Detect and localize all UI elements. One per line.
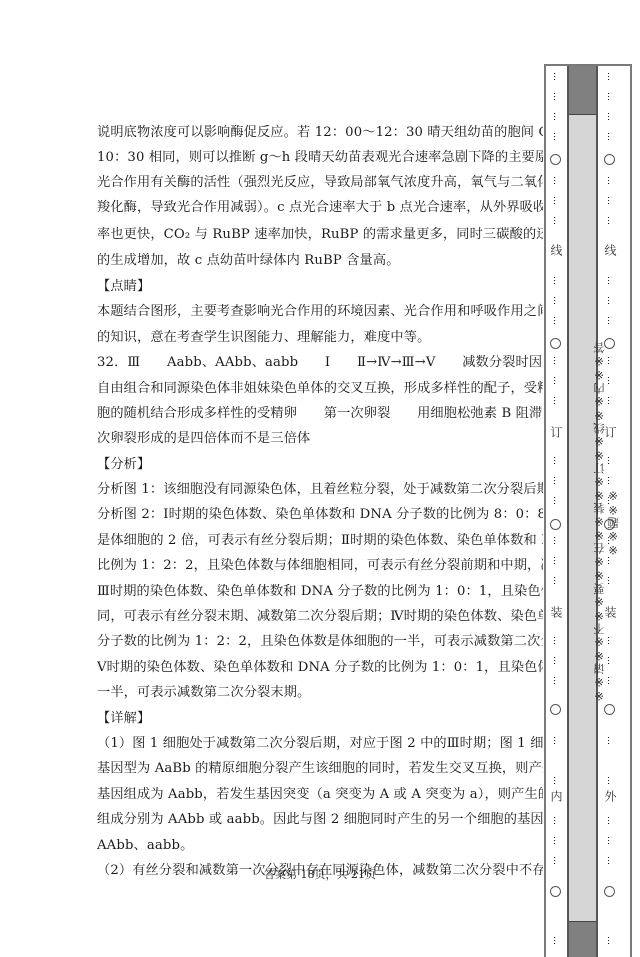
- text-line: Ⅴ时期的染色体数、染色单体数和 DNA 分子数的比例为 1：0：1，且染色体数是…: [97, 658, 543, 678]
- binding-label-middle: 订: [551, 426, 561, 438]
- dotted-cut-line-icon: …: [605, 736, 615, 744]
- dotted-cut-line-icon: …: [551, 676, 561, 684]
- binding-left-column: …………………………………………………………………………线订装内: [546, 66, 566, 957]
- binding-hole-marker: [546, 704, 566, 715]
- dotted-cut-line-icon: …: [605, 112, 615, 120]
- dotted-cut-line-icon: …: [605, 476, 615, 484]
- dotted-cut-line-icon: …: [551, 556, 561, 564]
- cut-line-dots: …: [546, 936, 566, 947]
- circle-marker-icon: [604, 704, 615, 715]
- binding-hole-marker: [600, 704, 620, 715]
- cut-line-dots: …: [600, 196, 620, 207]
- dotted-cut-line-icon: …: [605, 836, 615, 844]
- dotted-cut-line-icon: …: [551, 656, 561, 664]
- cut-line-dots: …: [600, 72, 620, 83]
- dotted-cut-line-icon: …: [551, 576, 561, 584]
- text-line: （1）图 1 细胞处于减数第二次分裂后期，对应于图 2 中的Ⅲ时期；图 1 细胞…: [97, 734, 543, 754]
- cut-line-dots: …: [546, 816, 566, 827]
- cut-line-dots: …: [546, 72, 566, 83]
- answer-document-body: 说明底物浓度可以影响酶促反应。若 12：00～12：30 晴天组幼苗的胞间 CO…: [97, 123, 543, 883]
- dotted-cut-line-icon: …: [551, 296, 561, 304]
- dotted-cut-line-icon: …: [551, 476, 561, 484]
- binding-hole-marker: [600, 886, 620, 897]
- cut-line-dots: …: [546, 296, 566, 307]
- text-line: 次卵裂形成的是四倍体而不是三倍体: [97, 429, 310, 449]
- binding-hole-marker: [546, 519, 566, 530]
- circle-marker-icon: [550, 704, 561, 715]
- dotted-cut-line-icon: …: [605, 276, 615, 284]
- cut-line-dots: …: [546, 576, 566, 587]
- dotted-cut-line-icon: …: [551, 936, 561, 944]
- dotted-cut-line-icon: …: [605, 296, 615, 304]
- dotted-cut-line-icon: …: [551, 196, 561, 204]
- text-line: 10：30 相同，则可以推断 g～h 段晴天幼苗表观光合速率急剧下降的主要原因是…: [97, 148, 543, 168]
- text-line: 分子数的比例为 1：2：2，且染色体数是体细胞的一半，可表示减数第二次分裂前期和…: [97, 632, 543, 652]
- text-line: 羧化酶，导致光合作用减弱）。c 点光合速率大于 b 点光合速率，从外界吸收二氧化…: [97, 198, 543, 218]
- text-line: 光合作用有关酶的活性（强烈光反应，导致局部氧气浓度升高，氧气与二氧化碳竞争 RU…: [97, 173, 543, 193]
- dotted-cut-line-icon: …: [551, 376, 561, 384]
- binding-hole-marker: [546, 886, 566, 897]
- cut-line-dots: …: [546, 396, 566, 407]
- cut-line-dots: …: [546, 92, 566, 103]
- binding-label-top: 线: [605, 244, 615, 256]
- text-line: 比例为 1：2：2，且染色体数与体细胞相同，可表示有丝分裂前期和中期，减数第一次…: [97, 556, 543, 576]
- dotted-cut-line-icon: …: [551, 276, 561, 284]
- dotted-cut-line-icon: …: [551, 776, 561, 784]
- binding-label-top: 线: [551, 244, 561, 256]
- text-line: 是体细胞的 2 倍，可表示有丝分裂后期；Ⅱ时期的染色体数、染色单体数和 DNA …: [97, 531, 543, 551]
- cut-line-dots: …: [600, 316, 620, 327]
- dotted-cut-line-icon: …: [551, 132, 561, 140]
- binding-hole-marker: [600, 154, 620, 165]
- text-line: AAbb、aabb。: [97, 836, 193, 856]
- cut-line-dots: …: [546, 556, 566, 567]
- cut-line-dots: …: [546, 636, 566, 647]
- dotted-cut-line-icon: …: [551, 216, 561, 224]
- dotted-cut-line-icon: …: [551, 636, 561, 644]
- cut-line-dots: …: [600, 132, 620, 143]
- cut-line-dots: …: [546, 476, 566, 487]
- dotted-cut-line-icon: …: [605, 936, 615, 944]
- cut-line-dots: …: [546, 836, 566, 847]
- cut-line-dots: …: [546, 216, 566, 227]
- circle-marker-icon: [550, 154, 561, 165]
- dotted-cut-line-icon: …: [605, 356, 615, 364]
- binding-label: 线: [546, 244, 566, 259]
- dotted-cut-line-icon: …: [551, 112, 561, 120]
- dotted-cut-line-icon: …: [551, 92, 561, 100]
- dotted-cut-line-icon: …: [551, 836, 561, 844]
- text-line: 说明底物浓度可以影响酶促反应。若 12：00～12：30 晴天组幼苗的胞间 CO…: [97, 123, 543, 143]
- dotted-cut-line-icon: …: [605, 92, 615, 100]
- text-line: 基因型为 AaBb 的精原细胞分裂产生该细胞的同时，若发生交叉互换，则产生的另一…: [97, 759, 543, 779]
- binding-hole-marker: [546, 154, 566, 165]
- dotted-cut-line-icon: …: [605, 176, 615, 184]
- dotted-cut-line-icon: …: [605, 396, 615, 404]
- text-line: 的知识，意在考查学生识图能力、理解能力，难度中等。: [97, 328, 430, 348]
- circle-marker-icon: [604, 886, 615, 897]
- binding-warning-text: ※※请※※不※※要※※在※※装※※订※※线※※内※※答※※题※※: [592, 340, 606, 705]
- cut-line-dots: …: [546, 356, 566, 367]
- dotted-cut-line-icon: …: [605, 72, 615, 80]
- cut-line-dots: …: [600, 856, 620, 867]
- cut-line-dots: …: [600, 216, 620, 227]
- cut-line-dots: …: [546, 856, 566, 867]
- cut-line-dots: …: [546, 736, 566, 747]
- binding-label-lower: 装: [605, 606, 615, 618]
- cut-line-dots: …: [546, 316, 566, 327]
- text-line: 一半，可表示减数第二次分裂末期。: [97, 683, 310, 703]
- text-line: 组成分别为 AAbb 或 aabb。因此与图 2 细胞同时产生的另一个细胞的基因…: [97, 810, 543, 830]
- dotted-cut-line-icon: …: [551, 816, 561, 824]
- cut-line-dots: …: [600, 112, 620, 123]
- cut-line-dots: …: [600, 176, 620, 187]
- binding-hole-marker: [546, 338, 566, 349]
- dotted-cut-line-icon: …: [551, 176, 561, 184]
- text-line: 【详解】: [97, 709, 150, 729]
- cut-line-dots: …: [546, 496, 566, 507]
- binding-label: 内: [546, 790, 566, 805]
- cut-line-dots: …: [600, 296, 620, 307]
- binding-label-bottom: 内: [551, 790, 561, 802]
- text-line: 的生成增加，故 c 点幼苗叶绿体内 RuBP 含量高。: [97, 251, 400, 271]
- text-line: 分析图 2：Ⅰ时期的染色体数、染色单体数和 DNA 分子数的比例为 8：0：8，…: [97, 505, 543, 525]
- dotted-cut-line-icon: …: [605, 196, 615, 204]
- dotted-cut-line-icon: …: [605, 576, 615, 584]
- binding-label: 外: [600, 790, 620, 805]
- dotted-cut-line-icon: …: [605, 776, 615, 784]
- binding-label-middle: 订: [605, 426, 615, 438]
- dotted-cut-line-icon: …: [551, 536, 561, 544]
- circle-marker-icon: [550, 886, 561, 897]
- dotted-cut-line-icon: …: [551, 736, 561, 744]
- text-line: 率也更快，CO₂ 与 RuBP 速率加快，RuBP 的需求量更多，同时三碳酸的还…: [97, 225, 543, 245]
- cut-line-dots: …: [600, 736, 620, 747]
- text-line: 自由组合和同源染色体非姐妹染色单体的交叉互换，形成多样性的配子，受精作用时精卵细: [97, 379, 543, 399]
- cut-line-dots: …: [600, 936, 620, 947]
- dotted-cut-line-icon: …: [551, 316, 561, 324]
- dotted-cut-line-icon: …: [605, 376, 615, 384]
- dotted-cut-line-icon: …: [605, 656, 615, 664]
- cut-line-dots: …: [546, 196, 566, 207]
- binding-label-bottom: 外: [605, 790, 615, 802]
- cut-line-dots: …: [600, 816, 620, 827]
- circle-marker-icon: [550, 338, 561, 349]
- cut-line-dots: …: [546, 676, 566, 687]
- text-line: 同，可表示有丝分裂末期、减数第二次分裂后期；Ⅳ时期的染色体数、染色单体数和 DN…: [97, 607, 543, 627]
- dotted-cut-line-icon: …: [605, 816, 615, 824]
- binding-label: 装: [546, 606, 566, 621]
- text-line: 【点睛】: [97, 277, 150, 297]
- cut-line-dots: …: [546, 376, 566, 387]
- text-line: Ⅲ时期的染色体数、染色单体数和 DNA 分子数的比例为 1：0：1，且染色体数与…: [97, 582, 543, 602]
- text-line: 基因组成为 Aabb，若发生基因突变（a 突变为 A 或 A 突变为 a），则产…: [97, 785, 543, 805]
- cut-line-dots: …: [600, 836, 620, 847]
- dotted-cut-line-icon: …: [605, 556, 615, 564]
- dotted-cut-line-icon: …: [551, 356, 561, 364]
- cut-line-dots: …: [546, 656, 566, 667]
- cut-line-dots: …: [546, 776, 566, 787]
- cut-line-dots: …: [546, 132, 566, 143]
- binding-band-bottom-block: [569, 921, 596, 957]
- circle-marker-icon: [550, 519, 561, 530]
- dotted-cut-line-icon: …: [551, 72, 561, 80]
- cut-line-dots: …: [546, 112, 566, 123]
- cut-line-dots: …: [546, 276, 566, 287]
- binding-label-lower: 装: [551, 606, 561, 618]
- cut-line-dots: …: [600, 276, 620, 287]
- cut-line-dots: …: [600, 776, 620, 787]
- dotted-cut-line-icon: …: [605, 856, 615, 864]
- dotted-cut-line-icon: …: [605, 456, 615, 464]
- dotted-cut-line-icon: …: [551, 856, 561, 864]
- dotted-cut-line-icon: …: [551, 496, 561, 504]
- text-line: 本题结合图形，主要考查影响光合作用的环境因素、光合作用和呼吸作用之间的关系等方面: [97, 302, 543, 322]
- dotted-cut-line-icon: …: [605, 636, 615, 644]
- circle-marker-icon: [604, 154, 615, 165]
- dotted-cut-line-icon: …: [605, 676, 615, 684]
- binding-label: 线: [600, 244, 620, 259]
- cut-line-dots: …: [546, 456, 566, 467]
- binding-band-top-block: [569, 66, 596, 115]
- text-line: 【分析】: [97, 455, 150, 475]
- dotted-cut-line-icon: …: [605, 132, 615, 140]
- dotted-cut-line-icon: …: [605, 216, 615, 224]
- cut-line-dots: …: [600, 92, 620, 103]
- dotted-cut-line-icon: …: [605, 316, 615, 324]
- binding-label: 订: [546, 426, 566, 441]
- text-line: 分析图 1：该细胞没有同源染色体，且着丝粒分裂，处于减数第二次分裂后期。: [97, 480, 543, 500]
- cut-line-dots: …: [546, 536, 566, 547]
- dotted-cut-line-icon: …: [551, 396, 561, 404]
- dotted-cut-line-icon: …: [551, 456, 561, 464]
- text-line: 胞的随机结合形成多样性的受精卵 第一次卵裂 用细胞松弛素 B 阻滞受精卵的第一: [97, 404, 543, 424]
- cut-line-dots: …: [546, 176, 566, 187]
- text-line: 32．Ⅲ Aabb、AAbb、aabb Ⅰ Ⅱ→Ⅳ→Ⅲ→Ⅴ 减数分裂时因非同源染…: [97, 353, 543, 373]
